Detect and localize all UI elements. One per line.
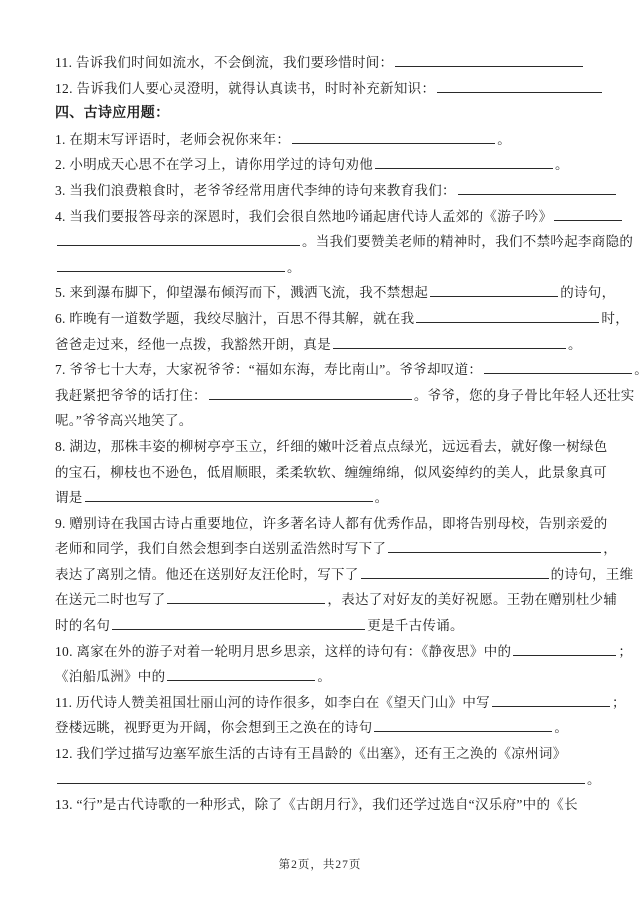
question-text: 时，	[601, 311, 629, 326]
question-text: 9. 赠别诗在我国古诗占重要地位，许多著名诗人都有优秀作品，即将告别母校，告别亲…	[55, 516, 608, 531]
question-2-line: 2. 小明成天心思不在学习上，请你用学过的诗句劝他。	[55, 152, 592, 178]
answer-blank	[167, 589, 325, 604]
question-11b-line-1: 11. 历代诗人赞美祖国壮丽山河的诗作很多，如李白在《望天门山》中写；	[55, 690, 592, 716]
question-10-line-2: 《泊船瓜洲》中的。	[55, 664, 592, 690]
question-4-line-2: 。当我们要赞美老师的精神时，我们不禁吟起李商隐的	[55, 229, 592, 255]
answer-blank	[333, 334, 566, 349]
question-text: 。	[287, 260, 301, 275]
question-text: ；	[612, 695, 626, 710]
question-text: 8. 湖边，那株丰姿的柳树亭亭玉立，纤细的嫩叶泛着点点绿光，远远看去，就好像一树…	[55, 439, 608, 454]
question-text: 12. 告诉我们人要心灵澄明，就得认真读书，时时补充新知识：	[55, 81, 435, 96]
question-text: 10. 离家在外的游子对着一轮明月思乡思亲，这样的诗句有：《静夜思》中的	[55, 644, 511, 659]
question-9-line-2: 老师和同学，我们自然会想到李白送别孟浩然时写下了，	[55, 536, 592, 562]
answer-blank	[57, 257, 285, 272]
question-text: 的宝石，柳枝也不逊色，低眉顺眼，柔柔软软、缠缠绵绵，似风姿绰约的美人，此景象真可	[55, 465, 607, 480]
answer-blank	[85, 487, 373, 502]
question-9-line-5: 时的名句更是千古传诵。	[55, 613, 592, 639]
page-number: 第2页，共27页	[0, 856, 640, 872]
section-header: 四、古诗应用题：	[55, 101, 592, 127]
question-9-line-3: 表达了离别之情。他还在送别好友汪伦时，写下了的诗句，王维	[55, 562, 592, 588]
question-text: 11. 历代诗人赞美祖国壮丽山河的诗作很多，如李白在《望天门山》中写	[55, 695, 490, 710]
answer-blank	[361, 564, 549, 579]
question-10-line-1: 10. 离家在外的游子对着一轮明月思乡思亲，这样的诗句有：《静夜思》中的；	[55, 639, 592, 665]
question-5-line: 5. 来到瀑布脚下，仰望瀑布倾泻而下，溅洒飞流，我不禁想起的诗句，	[55, 280, 592, 306]
question-text: 《泊船瓜洲》中的	[55, 669, 165, 684]
question-12b-line-2: 。	[55, 767, 592, 793]
answer-blank	[374, 717, 552, 732]
question-text: 登楼远眺，视野更为开阔，你会想到王之涣在的诗句	[55, 720, 372, 735]
question-11b-line-2: 登楼远眺，视野更为开阔，你会想到王之涣在的诗句。	[55, 715, 592, 741]
answer-blank	[57, 231, 300, 246]
answer-blank	[437, 78, 602, 93]
question-7-line-1: 7. 爷爷七十大寿，大家祝爷爷：“福如东海，寿比南山”。爷爷却叹道：。	[55, 357, 592, 383]
question-6-line-1: 6. 昨晚有一道数学题，我绞尽脑汁，百思不得其解，就在我时，	[55, 306, 592, 332]
question-11-time-line: 11. 告诉我们时间如流水，不会倒流，我们要珍惜时间：	[55, 50, 592, 76]
answer-blank	[167, 666, 315, 681]
question-text: 在送元二时也写了	[55, 592, 165, 607]
question-text: 2. 小明成天心思不在学习上，请你用学过的诗句劝他	[55, 157, 373, 172]
question-text: 老师和同学，我们自然会想到李白送别孟浩然时写下了	[55, 541, 386, 556]
question-12-reading-line: 12. 告诉我们人要心灵澄明，就得认真读书，时时补充新知识：	[55, 76, 592, 102]
question-4-line-1: 4. 当我们要报答母亲的深恩时，我们会很自然地吟诵起唐代诗人孟郊的《游子吟》	[55, 204, 592, 230]
question-text: 。	[375, 490, 389, 505]
answer-blank	[416, 308, 599, 323]
question-text: ，表达了对好友的美好祝愿。王勃在赠别杜少辅	[327, 592, 617, 607]
answer-blank	[430, 282, 558, 297]
worksheet-body: 11. 告诉我们时间如流水，不会倒流，我们要珍惜时间： 12. 告诉我们人要心灵…	[55, 50, 592, 818]
question-4-line-3: 。	[55, 255, 592, 281]
question-text: 。	[317, 669, 331, 684]
worksheet-page: { "page": { "footer": "第2页，共27页" }, "sec…	[0, 0, 640, 905]
question-7-line-2: 我赶紧把爷爷的话打住：。爷爷，您的身子骨比年轻人还壮实	[55, 383, 592, 409]
question-text: 13. “行”是古代诗歌的一种形式，除了《古朗月行》，我们还学过选自“汉乐府”中…	[55, 797, 578, 812]
answer-blank	[458, 180, 616, 195]
question-text: 1. 在期末写评语时，老师会祝你来年：	[55, 132, 290, 147]
question-text: 。当我们要赞美老师的精神时，我们不禁吟起李商隐的	[302, 234, 633, 249]
question-text: 。	[554, 720, 568, 735]
question-1-line: 1. 在期末写评语时，老师会祝你来年：。	[55, 127, 592, 153]
question-text: 呢。”爷爷高兴地笑了。	[55, 413, 193, 428]
answer-blank	[513, 641, 616, 656]
answer-blank	[484, 359, 632, 374]
question-text: 5. 来到瀑布脚下，仰望瀑布倾泻而下，溅洒飞流，我不禁想起	[55, 285, 428, 300]
question-text: 11. 告诉我们时间如流水，不会倒流，我们要珍惜时间：	[55, 55, 393, 70]
answer-blank	[375, 154, 553, 169]
question-8-line-2: 的宝石，柳枝也不逊色，低眉顺眼，柔柔软软、缠缠绵绵，似风姿绰约的美人，此景象真可	[55, 460, 592, 486]
question-8-line-3: 谓是。	[55, 485, 592, 511]
question-7-line-3: 呢。”爷爷高兴地笑了。	[55, 408, 592, 434]
answer-blank	[292, 129, 495, 144]
answer-blank	[57, 769, 585, 784]
answer-blank	[388, 538, 601, 553]
question-text: 的诗句，王维	[551, 567, 634, 582]
answer-blank	[492, 692, 610, 707]
question-text: 时的名句	[55, 618, 110, 633]
question-text: 表达了离别之情。他还在送别好友汪伦时，写下了	[55, 567, 359, 582]
question-text: 。	[555, 157, 569, 172]
question-13-line: 13. “行”是古代诗歌的一种形式，除了《古朗月行》，我们还学过选自“汉乐府”中…	[55, 792, 592, 818]
question-text: 。	[587, 772, 601, 787]
question-text: 的诗句，	[560, 285, 615, 300]
question-6-line-2: 爸爸走过来，经他一点拨，我豁然开朗，真是。	[55, 332, 592, 358]
question-text: 爸爸走过来，经他一点拨，我豁然开朗，真是	[55, 337, 331, 352]
question-text: 。	[497, 132, 511, 147]
question-text: 3. 当我们浪费粮食时，老爷爷经常用唐代李绅的诗句来教育我们：	[55, 183, 456, 198]
question-8-line-1: 8. 湖边，那株丰姿的柳树亭亭玉立，纤细的嫩叶泛着点点绿光，远远看去，就好像一树…	[55, 434, 592, 460]
question-3-line: 3. 当我们浪费粮食时，老爷爷经常用唐代李绅的诗句来教育我们：	[55, 178, 592, 204]
answer-blank	[112, 615, 365, 630]
question-9-line-1: 9. 赠别诗在我国古诗占重要地位，许多著名诗人都有优秀作品，即将告别母校，告别亲…	[55, 511, 592, 537]
answer-blank	[554, 206, 622, 221]
question-text: 12. 我们学过描写边塞军旅生活的古诗有王昌龄的《出塞》，还有王之涣的《凉州词》	[55, 746, 567, 761]
question-text: 更是千古传诵。	[367, 618, 464, 633]
question-text: ，	[603, 541, 617, 556]
question-text: 6. 昨晚有一道数学题，我绞尽脑汁，百思不得其解，就在我	[55, 311, 414, 326]
question-text: 我赶紧把爷爷的话打住：	[55, 388, 207, 403]
question-12b-line-1: 12. 我们学过描写边塞军旅生活的古诗有王昌龄的《出塞》，还有王之涣的《凉州词》	[55, 741, 592, 767]
question-text: 。爷爷，您的身子骨比年轻人还壮实	[414, 388, 635, 403]
answer-blank	[209, 385, 412, 400]
answer-blank	[395, 52, 583, 67]
question-9-line-4: 在送元二时也写了，表达了对好友的美好祝愿。王勃在赠别杜少辅	[55, 587, 592, 613]
section-header-text: 四、古诗应用题：	[55, 106, 169, 121]
question-text: 。	[634, 362, 640, 377]
question-text: 。	[568, 337, 582, 352]
question-text: ；	[618, 644, 632, 659]
question-text: 谓是	[55, 490, 83, 505]
question-text: 4. 当我们要报答母亲的深恩时，我们会很自然地吟诵起唐代诗人孟郊的《游子吟》	[55, 209, 552, 224]
question-text: 7. 爷爷七十大寿，大家祝爷爷：“福如东海，寿比南山”。爷爷却叹道：	[55, 362, 482, 377]
